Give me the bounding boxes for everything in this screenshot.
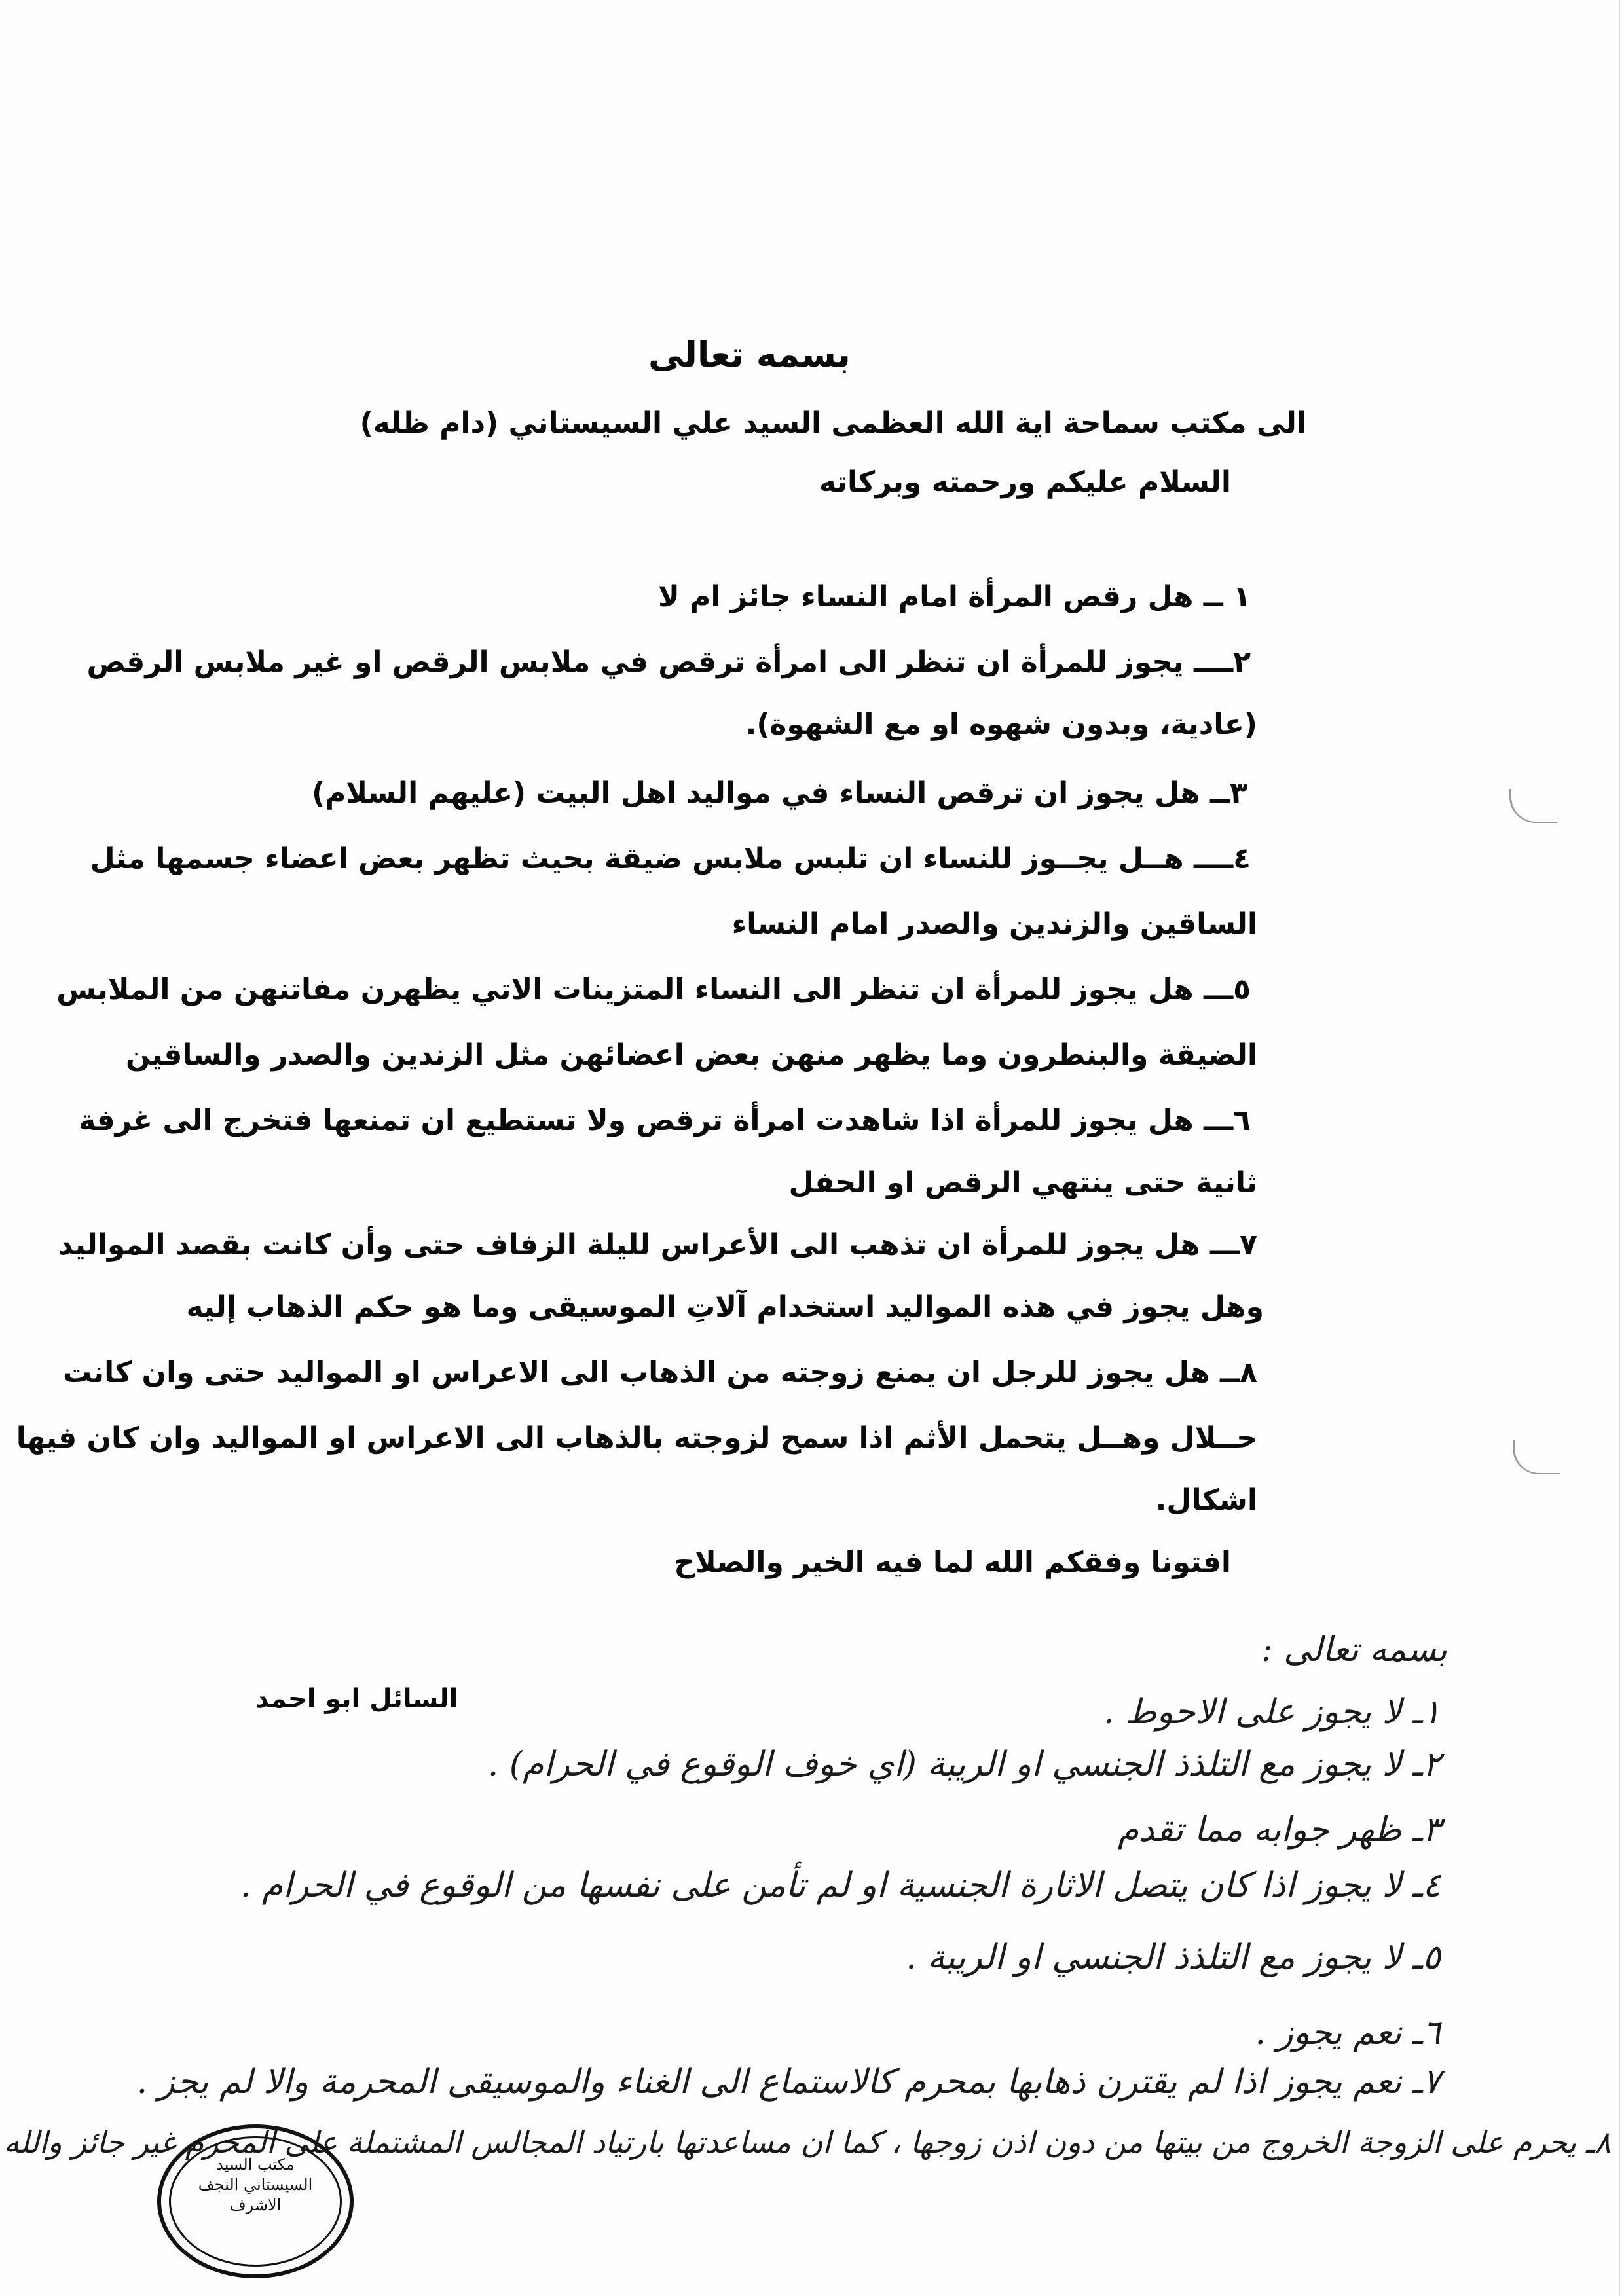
question-line: ١ ــ هل رقص المرأة امام النساء جائز ام ل… xyxy=(658,583,1251,611)
question-line: الساقين والزندين والصدر امام النساء xyxy=(732,910,1257,939)
answer-line: ٧ـ نعم يجوز اذا لم يقترن ذهابها بمحرم كا… xyxy=(137,2062,1441,2102)
question-line: ٥ـــ هل يجوز للمرأة ان تنظر الى النساء ا… xyxy=(56,975,1251,1004)
question-line: ٦ـــ هل يجوز للمرأة اذا شاهدت امرأة ترقص… xyxy=(79,1106,1251,1135)
answer-line: ١ـ لا يجوز على الاحوط . xyxy=(1103,1692,1441,1732)
answer-title: بسمه تعالى : xyxy=(1261,1630,1447,1669)
question-title: بسمه تعالى xyxy=(648,337,851,373)
addressee-line: الى مكتب سماحة اية الله العظمى السيد علي… xyxy=(360,409,1306,438)
question-line: وهل يجوز في هذه المواليد استخدام آلاتِ ا… xyxy=(187,1293,1264,1322)
signature: السائل ابو احمد xyxy=(255,1686,458,1712)
question-line: ٣ــ هل يجوز ان ترقص النساء في مواليد اهل… xyxy=(312,779,1247,808)
question-line: ٧ـــ هل يجوز للمرأة ان تذهب الى الأعراس … xyxy=(58,1231,1257,1260)
closing-line: افتونا وفقكم الله لما فيه الخير والصلاح xyxy=(674,1548,1231,1577)
question-line: ٤ــــ هــل يجــوز للنساء ان تلبس ملابس ض… xyxy=(90,845,1251,873)
official-seal-stamp: مكتب السيد السيستاني النجف الاشرف xyxy=(157,2124,354,2278)
answer-line: ٥ـ لا يجوز مع التلذذ الجنسي او الريبة . xyxy=(906,1938,1441,1977)
greeting-line: السلام عليكم ورحمته وبركاته xyxy=(819,468,1231,497)
question-line: اشكال. xyxy=(1156,1486,1257,1515)
question-line: ٢ــــ يجوز للمرأة ان تنظر الى امرأة ترقص… xyxy=(87,648,1251,677)
question-line: حــلال وهــل يتحمل الأثم اذا سمح لزوجته … xyxy=(16,1424,1257,1453)
scan-edge-line xyxy=(1619,0,1620,2296)
seal-text: مكتب السيد السيستاني النجف الاشرف xyxy=(181,2155,330,2248)
scanned-document-page: بسمه تعالى الى مكتب سماحة اية الله العظم… xyxy=(0,0,1624,2296)
answer-line: ٣ـ ظهر جوابه مما تقدم xyxy=(1118,1810,1441,1850)
answer-line: ٤ـ لا يجوز اذا كان يتصل الاثارة الجنسية … xyxy=(240,1866,1441,1905)
answer-line: ٢ـ لا يجوز مع التلذذ الجنسي او الريبة (ا… xyxy=(488,1745,1441,1784)
question-line: (عادية، وبدون شهوه او مع الشهوة). xyxy=(746,710,1257,739)
question-line: ثانية حتى ينتهي الرقص او الحفل xyxy=(789,1169,1258,1197)
punch-hole-mark xyxy=(1513,1440,1560,1474)
question-line: ٨ــ هل يجوز للرجل ان يمنع زوجته من الذها… xyxy=(63,1358,1257,1387)
question-line: الضيقة والبنطرون وما يظهر منهن بعض اعضائ… xyxy=(126,1041,1257,1070)
punch-hole-mark xyxy=(1509,789,1557,823)
answer-line: ٦ـ نعم يجوز . xyxy=(1255,2013,1441,2052)
